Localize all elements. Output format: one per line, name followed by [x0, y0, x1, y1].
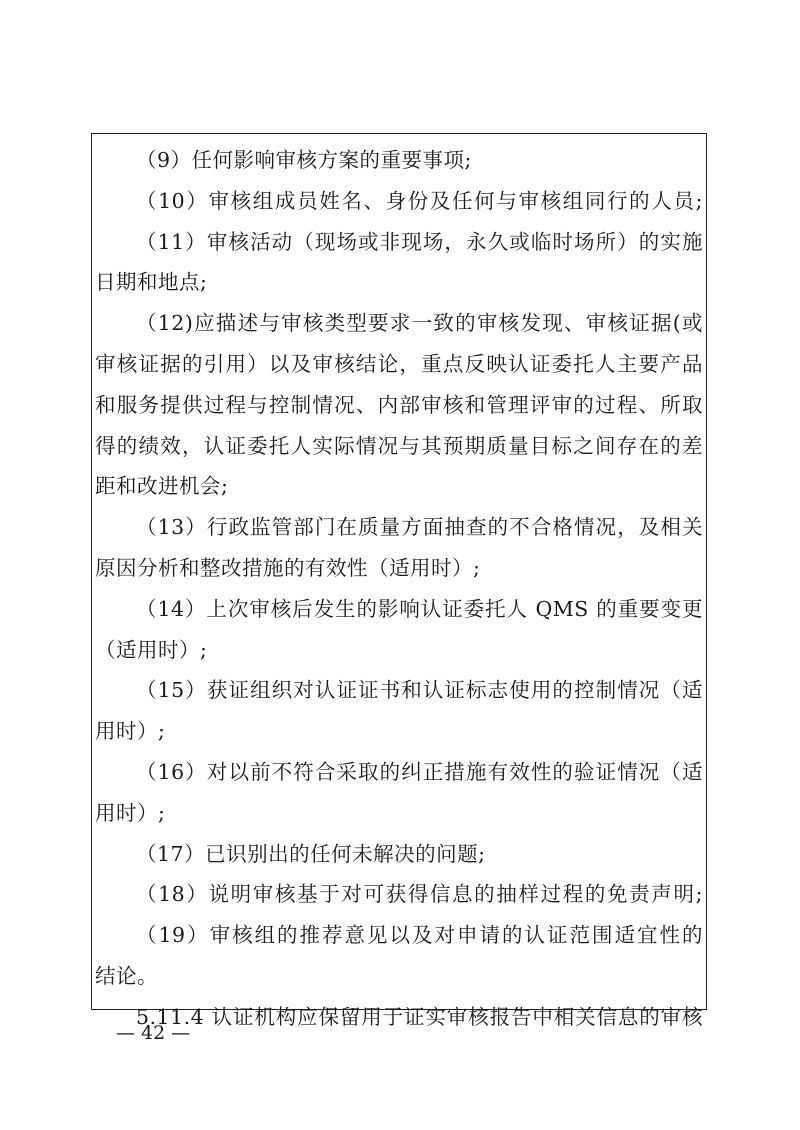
- list-item-18: （18）说明审核基于对可获得信息的抽样过程的免责声明;: [95, 874, 703, 915]
- list-item-15: （15）获证组织对认证证书和认证标志使用的控制情况（适: [95, 670, 703, 711]
- list-item-16-cont: 用时）;: [95, 793, 703, 834]
- list-item-12: （12)应描述与审核类型要求一致的审核发现、审核证据(或: [95, 303, 703, 344]
- list-item-14: （14）上次审核后发生的影响认证委托人 QMS 的重要变更: [95, 589, 703, 630]
- list-item-16: （16）对以前不符合采取的纠正措施有效性的验证情况（适: [95, 752, 703, 793]
- list-item-12-cont-2: 和服务提供过程与控制情况、内部审核和管理评审的过程、所取: [95, 385, 703, 426]
- list-item-11: （11）审核活动（现场或非现场，永久或临时场所）的实施: [95, 222, 703, 263]
- page-number: — 42 —: [116, 1018, 190, 1048]
- list-item-17: （17）已识别出的任何未解决的问题;: [95, 834, 703, 875]
- list-item-15-cont: 用时）;: [95, 711, 703, 752]
- list-item-13-cont: 原因分析和整改措施的有效性（适用时）;: [95, 548, 703, 589]
- list-item-12-cont-4: 距和改进机会;: [95, 466, 703, 507]
- list-item-19: （19）审核组的推荐意见以及对申请的认证范围适宜性的: [95, 915, 703, 956]
- list-item-12-cont-3: 得的绩效，认证委托人实际情况与其预期质量目标之间存在的差: [95, 426, 703, 467]
- text-frame: （9）任何影响审核方案的重要事项; （10）审核组成员姓名、身份及任何与审核组同…: [91, 133, 707, 1010]
- list-item-19-cont: 结论。: [95, 956, 703, 997]
- list-item-11-cont: 日期和地点;: [95, 262, 703, 303]
- list-item-14-cont: （适用时）;: [95, 630, 703, 671]
- list-item-12-cont-1: 审核证据的引用）以及审核结论，重点反映认证委托人主要产品: [95, 344, 703, 385]
- list-item-10: （10）审核组成员姓名、身份及任何与审核组同行的人员;: [95, 181, 703, 222]
- list-item-13: （13）行政监管部门在质量方面抽查的不合格情况，及相关: [95, 507, 703, 548]
- list-item-9: （9）任何影响审核方案的重要事项;: [95, 140, 703, 181]
- document-body: （9）任何影响审核方案的重要事项; （10）审核组成员姓名、身份及任何与审核组同…: [95, 140, 703, 1038]
